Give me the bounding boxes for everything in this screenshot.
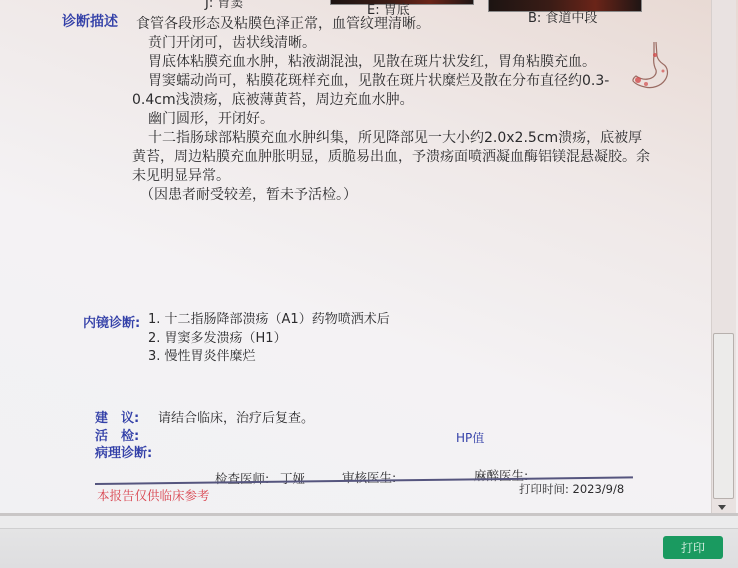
description-text: 食管各段形态及粘膜色泽正常，血管纹理清晰。 贲门开闭可，齿状线清晰。 胃底体粘膜… <box>132 15 650 205</box>
description-line: 食管各段形态及粘膜色泽正常，血管纹理清晰。 <box>132 15 650 34</box>
diagnosis-item: 1. 十二指肠降部溃疡（A1）药物喷洒术后 <box>148 311 390 330</box>
suggestion-label: 建 议: <box>95 407 139 426</box>
disclaimer-text: 本报告仅供临床参考 <box>97 486 210 504</box>
description-line: 胃窦蠕动尚可，粘膜花斑样充血，见散在斑片状糜烂及散在分布直径约0.3- <box>132 72 650 91</box>
scroll-down-arrow-icon[interactable] <box>718 505 726 510</box>
description-line: 0.4cm浅溃疡，底被薄黄苔，周边充血水肿。 <box>132 91 650 110</box>
footer-toolbar <box>0 529 738 568</box>
scrollbar-thumb[interactable] <box>713 333 734 499</box>
examiner-name: 丁娅 <box>280 469 305 487</box>
description-line: 幽门圆形，开闭好。 <box>132 110 650 129</box>
thumbnail-label-j: J: 胃窦 <box>205 0 243 11</box>
footer-separator <box>0 516 738 529</box>
reviewer-label: 审核医生: <box>342 468 396 486</box>
description-line: 贲门开闭可，齿状线清晰。 <box>132 34 650 53</box>
description-line: 胃底体粘膜充血水肿，粘液湖混浊，见散在斑片状发红，胃角粘膜充血。 <box>132 53 650 72</box>
report-panel: J: 胃窦 E: 胃底 B: 食道中段 诊断描述 食管各段形态及粘膜色泽正常，血… <box>0 0 738 515</box>
print-button[interactable]: 打印 <box>663 536 723 559</box>
print-time: 打印时间: 2023/9/8 <box>519 481 624 497</box>
description-line: 十二指肠球部粘膜充血水肿纠集，所见降部见一大小约2.0x2.5cm溃疡，底被厚 <box>132 129 650 148</box>
description-label: 诊断描述 <box>62 11 118 31</box>
pathology-label: 病理诊断: <box>95 442 152 461</box>
suggestion-value: 请结合临床，治疗后复查。 <box>158 407 314 426</box>
diagnosis-list: 1. 十二指肠降部溃疡（A1）药物喷洒术后 2. 胃窦多发溃疡（H1） 3. 慢… <box>148 311 390 367</box>
description-line: （因患者耐受较差，暂未予活检。） <box>132 186 650 205</box>
description-line: 未见明显异常。 <box>132 167 650 186</box>
description-line: 黄苔，周边粘膜充血肿胀明显，质脆易出血，予溃疡面喷洒凝血酶铝镁混悬凝胶。余 <box>132 148 650 167</box>
diagnosis-label: 内镜诊断: <box>83 312 140 331</box>
examiner-label: 检查医师: <box>215 469 269 487</box>
diagnosis-item: 2. 胃窦多发溃疡（H1） <box>148 330 390 349</box>
hp-value-label: HP值 <box>456 429 484 446</box>
diagnosis-item: 3. 慢性胃炎伴糜烂 <box>148 348 390 367</box>
